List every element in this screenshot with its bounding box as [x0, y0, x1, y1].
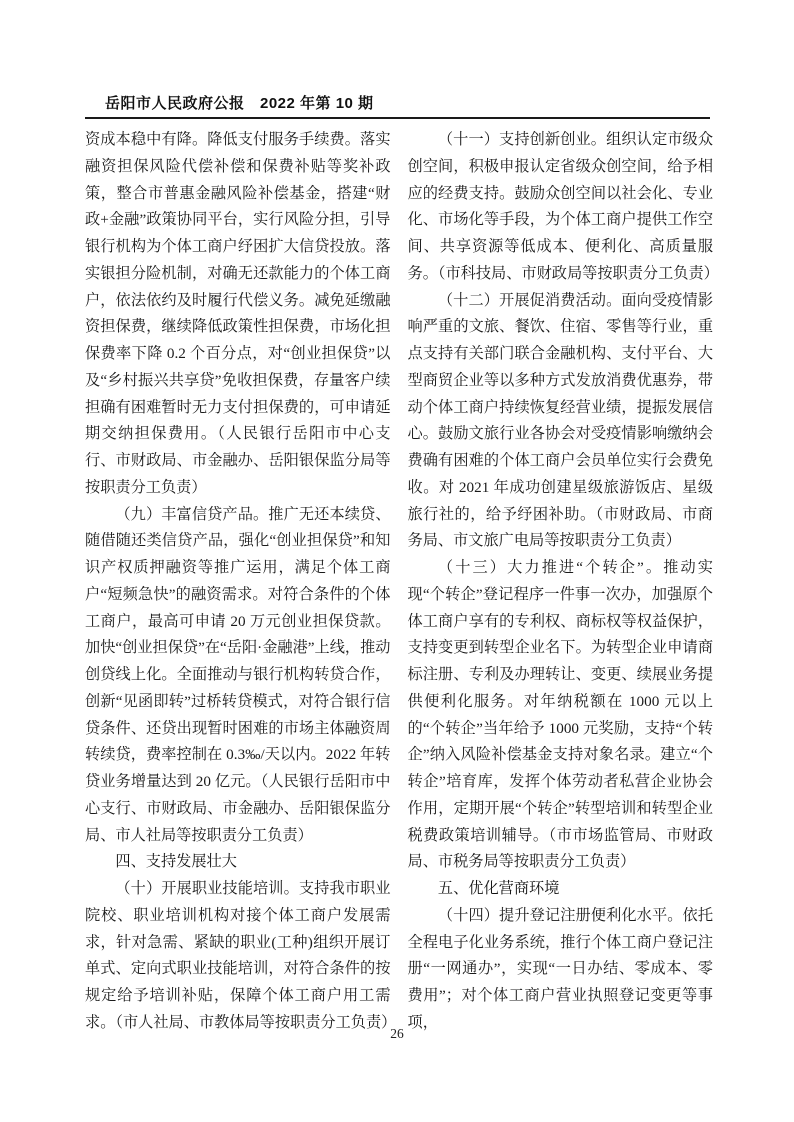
paragraph-item-14: （十四）提升登记注册便利化水平。依托全程电子化业务系统，推行个体工商户登记注册“…: [408, 903, 714, 1037]
paragraph-item-10: （十）开展职业技能培训。支持我市职业院校、职业培训机构对接个体工商户发展需求，针…: [85, 876, 391, 1037]
section-heading-5: 五、优化营商环境: [408, 876, 714, 903]
paragraph-item-11: （十一）支持创新创业。组织认定市级众创空间，积极申报认定省级众创空间，给予相应的…: [408, 127, 714, 288]
paragraph-item-9: （九）丰富信贷产品。推广无还本续贷、随借随还类信贷产品，强化“创业担保贷”和知识…: [85, 502, 391, 850]
gazette-header-title: 岳阳市人民政府公报 2022 年第 10 期: [105, 92, 374, 113]
section-heading-4: 四、支持发展壮大: [85, 849, 391, 876]
paragraph-item-12: （十二）开展促消费活动。面向受疫情影响严重的文旅、餐饮、住宿、零售等行业，重点支…: [408, 288, 714, 556]
header-rule: [85, 117, 710, 119]
left-column: 资成本稳中有降。降低支付服务手续费。落实融资担保风险代偿补偿和保费补贴等奖补政策…: [85, 127, 391, 1037]
right-column: （十一）支持创新创业。组织认定市级众创空间，积极申报认定省级众创空间，给予相应的…: [408, 127, 714, 1037]
paragraph-continuation: 资成本稳中有降。降低支付服务手续费。落实融资担保风险代偿补偿和保费补贴等奖补政策…: [85, 127, 391, 502]
paragraph-item-13: （十三）大力推进“个转企”。推动实现“个转企”登记程序一件事一次办，加强原个体工…: [408, 555, 714, 876]
gazette-page: 岳阳市人民政府公报 2022 年第 10 期 资成本稳中有降。降低支付服务手续费…: [0, 0, 794, 1122]
page-number: 26: [0, 1026, 794, 1042]
document-body: 资成本稳中有降。降低支付服务手续费。落实融资担保风险代偿补偿和保费补贴等奖补政策…: [85, 127, 713, 1037]
